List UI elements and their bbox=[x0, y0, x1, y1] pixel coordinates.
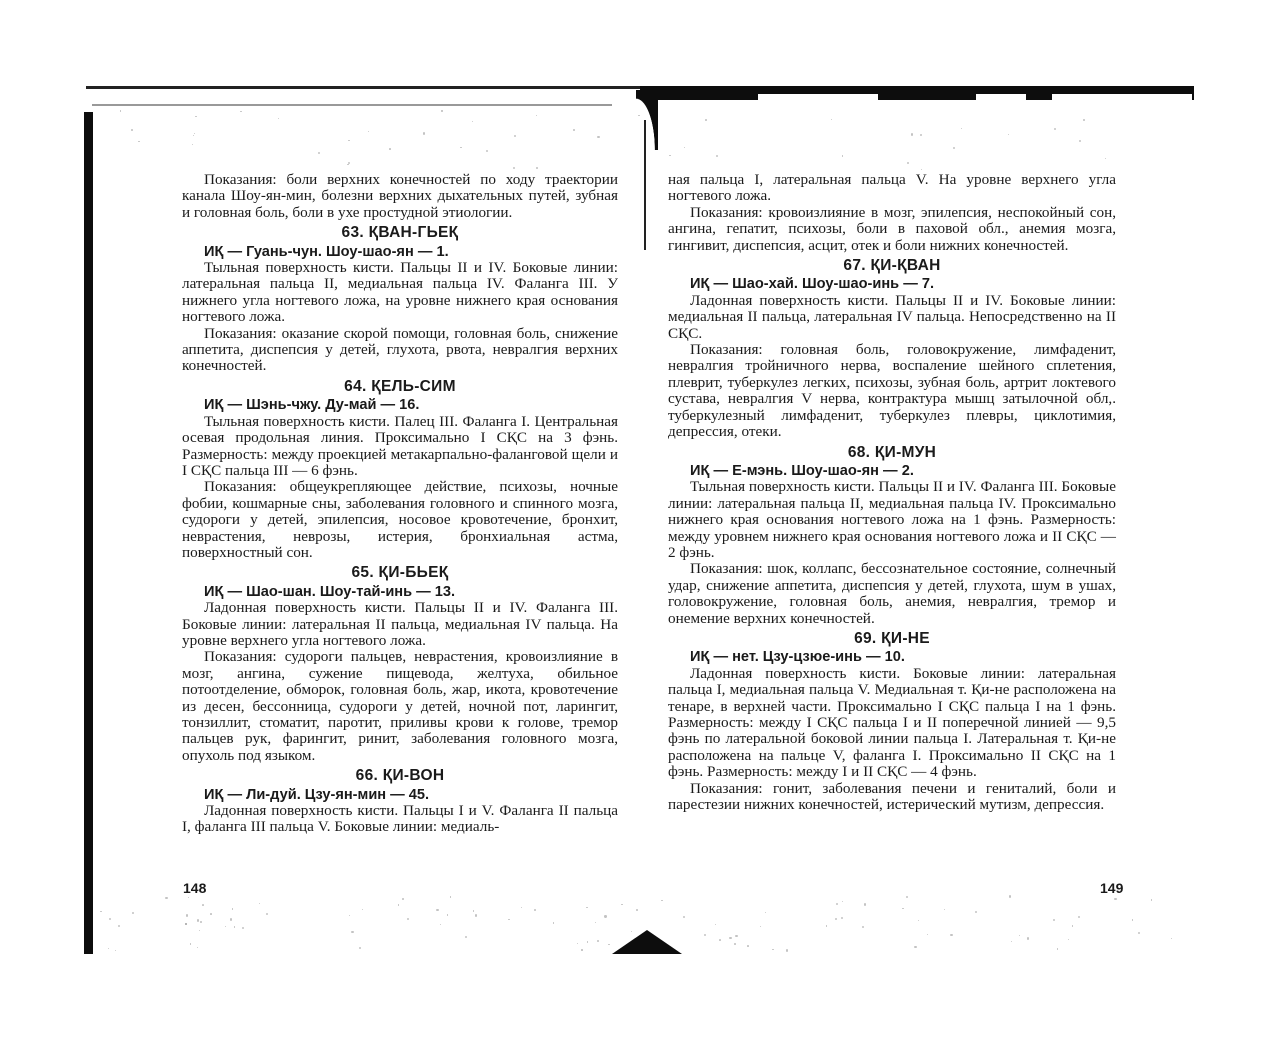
scan-noise bbox=[786, 949, 788, 951]
scan-noise bbox=[862, 926, 864, 928]
scan-noise bbox=[719, 939, 721, 941]
scan-noise bbox=[362, 909, 363, 910]
point-reference: ИҚ — Шэнь-чжу. Ду-май — 16. bbox=[182, 397, 618, 413]
scan-noise bbox=[202, 904, 204, 906]
scan-noise bbox=[621, 904, 622, 905]
scan-noise bbox=[318, 152, 320, 154]
scan-noise bbox=[586, 907, 587, 908]
scan-noise bbox=[927, 934, 928, 935]
scan-noise bbox=[636, 909, 638, 911]
scan-noise bbox=[907, 162, 909, 164]
scan-noise bbox=[347, 164, 348, 165]
scan-noise bbox=[194, 133, 195, 134]
scan-noise bbox=[918, 920, 919, 921]
body-paragraph: Тыльная поверхность кисти. Пальцы II и I… bbox=[182, 260, 618, 326]
scan-noise bbox=[436, 909, 438, 911]
scan-noise bbox=[195, 116, 196, 117]
scan-noise bbox=[1068, 939, 1069, 940]
scan-noise bbox=[234, 926, 236, 928]
scan-noise bbox=[521, 907, 522, 908]
scan-noise bbox=[118, 925, 120, 927]
scan-noise bbox=[132, 912, 134, 914]
section-heading: 64. ҚЕЛЬ-СИМ bbox=[182, 379, 618, 395]
scan-noise bbox=[1072, 925, 1073, 926]
scan-noise bbox=[486, 150, 488, 152]
scan-noise bbox=[1054, 128, 1056, 130]
scan-noise bbox=[348, 140, 350, 142]
scan-noise bbox=[735, 935, 737, 937]
book-spine-top bbox=[636, 90, 658, 150]
point-reference: ИҚ — Шао-хай. Шоу-шао-инь — 7. bbox=[668, 276, 1116, 292]
scan-noise bbox=[950, 934, 952, 936]
scan-noise bbox=[473, 910, 474, 911]
scan-noise bbox=[961, 128, 963, 130]
scan-noise bbox=[669, 155, 671, 157]
scan-noise bbox=[465, 936, 467, 938]
scan-noise bbox=[1057, 948, 1059, 950]
scan-noise bbox=[638, 115, 639, 116]
scan-noise bbox=[508, 919, 509, 920]
section-heading: 63. ҚВАН-ГЬЕҚ bbox=[182, 225, 618, 241]
scan-noise bbox=[716, 155, 718, 157]
scan-noise bbox=[597, 940, 599, 942]
scan-noise bbox=[772, 949, 773, 950]
section-heading: 68. ҚИ-МУН bbox=[668, 445, 1116, 461]
scan-noise bbox=[631, 931, 632, 932]
scan-noise bbox=[573, 129, 575, 131]
scan-left-edge bbox=[84, 112, 93, 954]
scan-noise bbox=[842, 155, 844, 157]
scan-noise bbox=[423, 132, 425, 134]
scan-noise bbox=[729, 937, 731, 939]
scan-noise bbox=[953, 147, 955, 149]
scan-top-edge-left bbox=[86, 86, 646, 89]
scan-noise bbox=[514, 135, 516, 137]
body-paragraph: Показания: боли верхних конечностей по х… bbox=[182, 172, 618, 221]
scan-noise bbox=[597, 136, 599, 138]
scan-noise bbox=[534, 909, 536, 911]
scan-noise bbox=[536, 167, 538, 169]
section-heading: 67. ҚИ-ҚВАН bbox=[668, 258, 1116, 274]
body-paragraph: Ладонная поверхность кисти. Пальцы II и … bbox=[182, 600, 618, 649]
scan-noise bbox=[359, 947, 361, 949]
scan-noise bbox=[349, 915, 350, 916]
scan-noise bbox=[460, 147, 462, 149]
scan-noise bbox=[906, 896, 908, 898]
scan-noise bbox=[765, 912, 766, 913]
book-scan: Показания: боли верхних конечностей по х… bbox=[0, 0, 1280, 1040]
body-paragraph: Ладонная поверхность кисти. Пальцы I и V… bbox=[182, 803, 618, 836]
body-paragraph: Показания: гонит, заболевания печени и г… bbox=[668, 781, 1116, 814]
scan-noise bbox=[608, 944, 609, 945]
scan-noise bbox=[1114, 898, 1116, 900]
scan-noise bbox=[441, 110, 442, 111]
scan-noise bbox=[715, 924, 716, 925]
scan-noise bbox=[587, 941, 589, 943]
scan-noise bbox=[232, 908, 233, 909]
scan-noise bbox=[108, 948, 110, 950]
body-paragraph: ная пальца I, латеральная пальца V. На у… bbox=[668, 172, 1116, 205]
left-page-text: Показания: боли верхних конечностей по х… bbox=[182, 172, 618, 836]
scan-noise bbox=[240, 111, 241, 112]
scan-noise bbox=[577, 943, 578, 944]
scan-noise bbox=[185, 923, 187, 925]
scan-noise bbox=[705, 119, 707, 121]
scan-noise bbox=[193, 135, 194, 136]
scan-noise bbox=[389, 148, 391, 150]
body-paragraph: Показания: общеукрепляющее действие, пси… bbox=[182, 479, 618, 561]
book-spine-bottom bbox=[612, 930, 682, 954]
scan-noise bbox=[186, 914, 188, 916]
section-heading: 65. ҚИ-БЬЕҚ bbox=[182, 565, 618, 581]
book-spine-line bbox=[644, 120, 646, 250]
scan-noise bbox=[1105, 158, 1106, 159]
scan-noise bbox=[351, 931, 353, 933]
scan-noise bbox=[1078, 916, 1080, 918]
scan-noise bbox=[841, 917, 843, 919]
point-reference: ИҚ — Гуань-чун. Шоу-шао-ян — 1. bbox=[182, 244, 618, 260]
scan-noise bbox=[734, 943, 736, 945]
section-heading: 69. ҚИ-НЕ bbox=[668, 631, 1116, 647]
section-heading: 66. ҚИ-ВОН bbox=[182, 768, 618, 784]
scan-noise bbox=[402, 898, 404, 900]
scan-top-edge-left-inner bbox=[92, 104, 612, 106]
scan-noise bbox=[920, 134, 922, 136]
left-page-number: 148 bbox=[183, 880, 206, 896]
scan-noise bbox=[407, 918, 409, 920]
scan-noise bbox=[109, 918, 111, 920]
scan-noise bbox=[944, 909, 945, 910]
scan-noise bbox=[115, 950, 116, 951]
scan-noise bbox=[536, 115, 537, 116]
scan-noise bbox=[188, 897, 189, 898]
scan-noise bbox=[1151, 899, 1153, 901]
scan-noise bbox=[1008, 134, 1009, 135]
scan-noise bbox=[661, 900, 662, 901]
scan-noise bbox=[1138, 932, 1140, 934]
scan-noise bbox=[398, 904, 400, 906]
scan-noise bbox=[225, 926, 226, 927]
scan-noise bbox=[131, 129, 133, 131]
body-paragraph: Показания: оказание скорой помощи, голов… bbox=[182, 326, 618, 375]
scan-noise bbox=[835, 918, 837, 920]
right-page-text: ная пальца I, латеральная пальца V. На у… bbox=[668, 172, 1116, 813]
body-paragraph: Показания: шок, коллапс, бессознательное… bbox=[668, 561, 1116, 627]
scan-noise bbox=[242, 927, 244, 929]
scan-noise bbox=[1019, 935, 1020, 936]
scan-noise bbox=[684, 147, 685, 148]
scan-noise bbox=[475, 914, 477, 916]
scan-noise bbox=[165, 897, 167, 899]
point-reference: ИҚ — Шао-шан. Шоу-тай-инь — 13. bbox=[182, 584, 618, 600]
scan-noise bbox=[842, 901, 843, 902]
scan-noise bbox=[200, 921, 202, 923]
scan-noise bbox=[278, 118, 279, 119]
scan-noise bbox=[902, 908, 903, 909]
point-reference: ИҚ — Е-мэнь. Шоу-шао-ян — 2. bbox=[668, 463, 1116, 479]
body-paragraph: Показания: судороги пальцев, неврастения… bbox=[182, 649, 618, 764]
scan-noise bbox=[826, 925, 827, 926]
scan-noise bbox=[199, 930, 201, 932]
scan-noise bbox=[120, 110, 121, 111]
scan-noise bbox=[210, 913, 212, 915]
scan-noise bbox=[472, 121, 474, 123]
scan-noise bbox=[747, 945, 749, 947]
scan-noise bbox=[914, 946, 916, 948]
scan-noise bbox=[192, 144, 193, 145]
scan-noise bbox=[595, 922, 596, 923]
scan-noise bbox=[259, 903, 260, 904]
body-paragraph: Ладонная поверхность кисти. Пальцы II и … bbox=[668, 293, 1116, 342]
scan-noise bbox=[1027, 937, 1029, 939]
body-paragraph: Тыльная поверхность кисти. Пальцы II и I… bbox=[668, 479, 1116, 561]
scan-noise bbox=[604, 915, 606, 917]
scan-top-edge-right bbox=[640, 86, 1194, 100]
scan-noise bbox=[368, 131, 369, 132]
body-paragraph: Показания: головная боль, головокружение… bbox=[668, 342, 1116, 440]
scan-noise bbox=[911, 133, 913, 135]
scan-noise bbox=[266, 913, 268, 915]
right-page-number: 149 bbox=[1100, 880, 1123, 896]
scan-noise bbox=[683, 916, 685, 918]
scan-noise bbox=[864, 903, 866, 905]
scan-noise bbox=[190, 943, 191, 944]
scan-noise bbox=[760, 926, 761, 927]
scan-noise bbox=[197, 919, 199, 921]
scan-noise bbox=[836, 903, 838, 905]
scan-noise bbox=[138, 141, 140, 143]
scan-noise bbox=[831, 119, 832, 120]
scan-noise bbox=[1011, 941, 1012, 942]
scan-noise bbox=[1171, 938, 1172, 939]
scan-noise bbox=[450, 896, 452, 898]
scan-noise bbox=[1079, 140, 1081, 142]
scan-noise bbox=[553, 922, 554, 923]
scan-noise bbox=[230, 918, 232, 920]
scan-noise bbox=[513, 167, 515, 169]
scan-noise bbox=[197, 947, 199, 949]
scan-noise bbox=[975, 911, 977, 913]
body-paragraph: Тыльная поверхность кисти. Палец III. Фа… bbox=[182, 414, 618, 480]
body-paragraph: Ладонная поверхность кисти. Боковые лини… bbox=[668, 666, 1116, 781]
scan-noise bbox=[1053, 919, 1055, 921]
scan-noise bbox=[447, 914, 448, 915]
point-reference: ИҚ — Ли-дуй. Цзу-ян-мин — 45. bbox=[182, 787, 618, 803]
scan-noise bbox=[581, 949, 582, 950]
point-reference: ИҚ — нет. Цзу-цзюе-инь — 10. bbox=[668, 649, 1116, 665]
scan-noise bbox=[440, 924, 441, 925]
scan-noise bbox=[100, 911, 102, 913]
scan-noise bbox=[704, 934, 706, 936]
scan-noise bbox=[1009, 895, 1011, 897]
scan-noise bbox=[1083, 119, 1085, 121]
body-paragraph: Показания: кровоизлияние в мозг, эпилепс… bbox=[668, 205, 1116, 254]
scan-noise bbox=[1132, 919, 1133, 920]
